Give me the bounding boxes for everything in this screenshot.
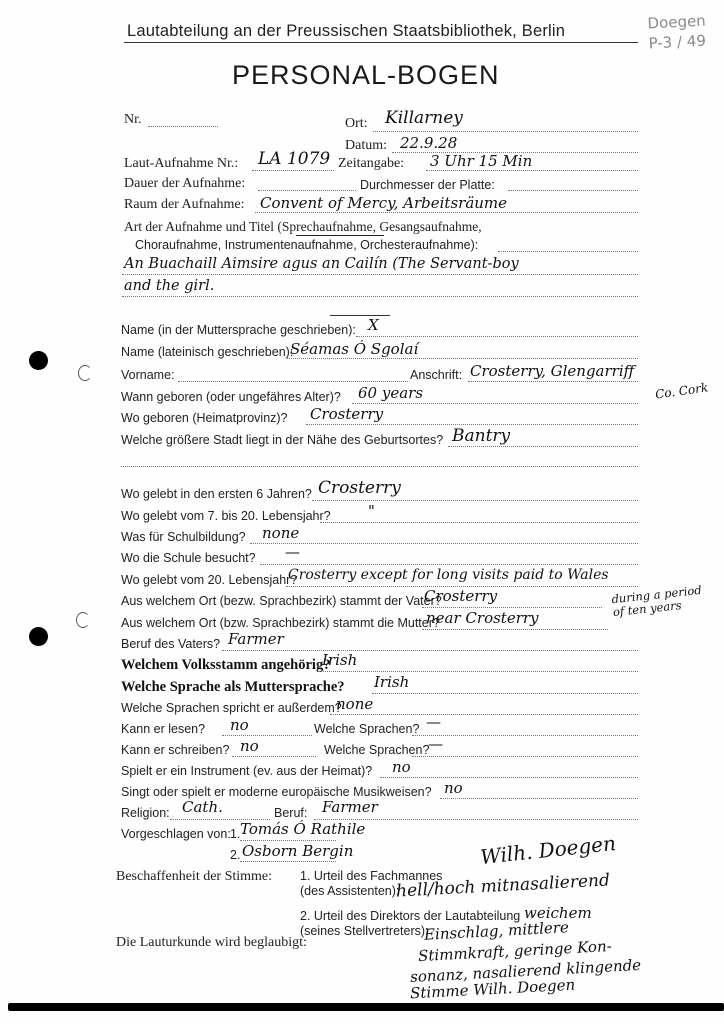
datum-value: 22.9.28 — [400, 134, 457, 152]
gelebt-7-20-value: " — [368, 502, 375, 520]
nr-label: Nr. — [124, 112, 142, 128]
lesen-sprachen-label: Welche Sprachen? — [314, 722, 419, 736]
schreiben-sprachen-label: Welche Sprachen? — [324, 743, 429, 757]
ort-field[interactable] — [373, 131, 638, 132]
geboren-wann-field[interactable] — [352, 403, 638, 404]
schule-value: — — [285, 543, 300, 561]
margin-mark-top — [78, 365, 92, 381]
name-mutter-value: X — [368, 316, 379, 334]
zeitangabe-field[interactable] — [426, 170, 638, 171]
anschrift-value: Crosterry, Glengarriff — [470, 362, 634, 380]
vater-ort-value: Crosterry — [424, 587, 497, 605]
vorgeschlagen-1-field[interactable] — [240, 840, 336, 841]
institution-header: Lautabteilung an der Preussischen Staats… — [127, 22, 565, 41]
vorgeschlagen-1-value: Tomás Ó Rathile — [240, 820, 365, 838]
schreiben-label: Kann er schreiben? — [121, 743, 229, 757]
stadt-value: Bantry — [452, 426, 510, 446]
religion-label: Religion: — [121, 806, 170, 820]
laut-nr-field[interactable] — [252, 170, 334, 171]
personal-bogen-form: Lautabteilung an der Preussischen Staats… — [0, 0, 724, 1024]
volksstamm-value: Irish — [322, 651, 357, 669]
laut-nr-value: LA 1079 — [258, 149, 330, 169]
geboren-wo-value: Crosterry — [310, 405, 383, 423]
art-label-line-2: Choraufnahme, Instrumentenaufnahme, Orch… — [135, 238, 478, 252]
lesen-field[interactable] — [222, 735, 312, 736]
sprachen-label: Welche Sprachen spricht er außerdem? — [121, 701, 342, 715]
urteil-2-label-2: (seines Stellvertreters): — [300, 924, 429, 938]
beglaubigt-label: Die Lauturkunde wird beglaubigt: — [116, 935, 307, 951]
gelebt-7-20-field[interactable] — [320, 522, 638, 523]
art-title-value-1: An Buachaill Aimsire agus an Cailín (The… — [124, 256, 519, 272]
art-title-line-2[interactable] — [122, 296, 638, 297]
stadt-extra-line[interactable] — [121, 466, 638, 467]
datum-label: Datum: — [345, 138, 387, 154]
punch-hole-top — [29, 351, 48, 370]
mutter-ort-field[interactable] — [422, 629, 608, 630]
art-title-line-1[interactable] — [122, 274, 638, 275]
laut-nr-label: Laut-Aufnahme Nr.: — [124, 156, 238, 172]
durchmesser-field[interactable] — [508, 190, 638, 191]
signature-doegen: Wilh. Doegen — [479, 831, 617, 869]
zeitangabe-value: 3 Uhr 15 Min — [430, 152, 532, 170]
musik-field[interactable] — [440, 798, 638, 799]
lesen-sprachen-value: — — [426, 713, 441, 731]
anschrift-label: Anschrift: — [410, 368, 462, 382]
lesen-label: Kann er lesen? — [121, 722, 205, 736]
ort-label: Ort: — [345, 116, 368, 132]
musik-value: no — [444, 779, 463, 797]
instrument-value: no — [392, 758, 411, 776]
lesen-value: no — [230, 716, 249, 734]
schulbildung-label: Was für Schulbildung? — [121, 530, 246, 544]
volksstamm-label: Welchem Volksstamm angehörig? — [121, 657, 330, 674]
mutter-ort-label: Aus welchem Ort (bzw. Sprachbezirk) stam… — [121, 616, 440, 630]
name-latein-value: Séamas Ó Sgolaí — [290, 340, 418, 358]
schreiben-sprachen-value: — — [428, 735, 443, 753]
lesen-sprachen-field[interactable] — [412, 735, 638, 736]
name-mutter-field[interactable] — [356, 336, 638, 337]
stimme-label: Beschaffenheit der Stimme: — [116, 869, 272, 885]
religion-value: Cath. — [182, 798, 223, 816]
stadt-label: Welche größere Stadt liegt in der Nähe d… — [121, 433, 443, 447]
anschrift-extra: Co. Cork — [654, 380, 709, 401]
sprechaufnahme-underline — [296, 235, 384, 236]
gelebt-20-value: Crosterry except for long visits paid to… — [288, 567, 609, 583]
raum-label: Raum der Aufnahme: — [124, 197, 245, 213]
vater-beruf-value: Farmer — [228, 630, 284, 648]
muttersprache-value: Irish — [374, 673, 409, 691]
vater-ort-label: Aus welchem Ort (bezw. Sprachbezirk) sta… — [121, 594, 442, 608]
dauer-label: Dauer der Aufnahme: — [124, 176, 245, 192]
art-title-value-2: and the girl. — [124, 278, 214, 294]
beruf-value: Farmer — [322, 798, 378, 816]
gelebt-6-value: Crosterry — [318, 478, 401, 498]
vorgeschlagen-2-field[interactable] — [240, 861, 336, 862]
bottom-edge-bar — [8, 1003, 724, 1011]
vorgeschlagen-2-num: 2. — [230, 848, 240, 862]
name-latein-label: Name (lateinisch geschrieben): — [121, 345, 293, 359]
schulbildung-value: none — [262, 524, 299, 542]
art-field[interactable] — [498, 251, 638, 252]
vorgeschlagen-1-num: 1. — [230, 827, 240, 841]
punch-hole-bottom — [29, 627, 48, 646]
name-mutter-label: Name (in der Muttersprache geschrieben): — [121, 323, 356, 337]
sprachen-value: none — [336, 695, 373, 713]
vater-beruf-field[interactable] — [222, 650, 638, 651]
schule-label: Wo die Schule besucht? — [121, 551, 256, 565]
instrument-label: Spielt er ein Instrument (ev. aus der He… — [121, 764, 372, 778]
sprachen-field[interactable] — [330, 714, 638, 715]
vorname-field[interactable] — [178, 381, 408, 382]
gelebt-20-note: during a period of ten years — [611, 583, 713, 619]
gelebt-6-label: Wo gelebt in den ersten 6 Jahren? — [121, 487, 312, 501]
name-latein-field[interactable] — [287, 358, 638, 359]
mutter-ort-value: near Crosterry — [426, 609, 539, 627]
page-title: PERSONAL-BOGEN — [232, 60, 500, 91]
zeitangabe-label: Zeitangabe: — [338, 156, 404, 172]
durchmesser-label: Durchmesser der Platte: — [360, 178, 495, 192]
vorgeschlagen-label: Vorgeschlagen von: — [121, 827, 231, 841]
gelebt-7-20-label: Wo gelebt vom 7. bis 20. Lebensjahr? — [121, 509, 331, 523]
ort-value: Killarney — [385, 108, 463, 128]
geboren-wo-field[interactable] — [306, 424, 638, 425]
muttersprache-field[interactable] — [372, 693, 638, 694]
schreiben-sprachen-field[interactable] — [412, 756, 638, 757]
archive-stamp-line-2: P-3 / 49 — [648, 30, 707, 53]
geboren-wann-label: Wann geboren (oder ungefähres Alter)? — [121, 390, 341, 404]
dauer-field[interactable] — [258, 190, 356, 191]
muttersprache-label: Welche Sprache als Muttersprache? — [121, 679, 345, 696]
margin-mark-bottom — [76, 612, 90, 628]
instrument-field[interactable] — [380, 777, 638, 778]
geboren-wann-value: 60 years — [358, 384, 423, 402]
stadt-field[interactable] — [448, 446, 638, 447]
art-label-line-1: Art der Aufnahme und Titel (Sprechaufnah… — [124, 219, 482, 235]
musik-label: Singt oder spielt er moderne europäische… — [121, 785, 432, 799]
nr-field[interactable] — [148, 126, 218, 127]
schulbildung-field[interactable] — [250, 543, 638, 544]
vater-ort-field[interactable] — [422, 607, 602, 608]
archive-stamp: Doegen P-3 / 49 — [647, 11, 707, 54]
gelebt-6-field[interactable] — [312, 500, 638, 501]
section-separator — [330, 315, 390, 316]
gelebt-20-label: Wo gelebt vom 20. Lebensjahr? — [121, 573, 297, 587]
volksstamm-field[interactable] — [318, 671, 638, 672]
raum-field[interactable] — [255, 212, 638, 213]
urteil-2-label-1: 2. Urteil des Direktors der Lautabteilun… — [300, 909, 520, 923]
anschrift-field[interactable] — [468, 381, 638, 382]
geboren-wo-label: Wo geboren (Heimatprovinz)? — [121, 411, 288, 425]
raum-value: Convent of Mercy, Arbeitsräume — [260, 194, 507, 212]
beruf-label: Beruf: — [274, 806, 307, 820]
vater-beruf-label: Beruf des Vaters? — [121, 637, 220, 651]
schreiben-field[interactable] — [232, 756, 316, 757]
schule-field[interactable] — [260, 564, 638, 565]
urteil-1-label-2: (des Assistenten): — [300, 884, 399, 898]
schreiben-value: no — [240, 737, 259, 755]
vorgeschlagen-2-value: Osborn Bergin — [242, 842, 353, 860]
header-underline — [124, 42, 638, 43]
vorname-label: Vorname: — [121, 368, 175, 382]
